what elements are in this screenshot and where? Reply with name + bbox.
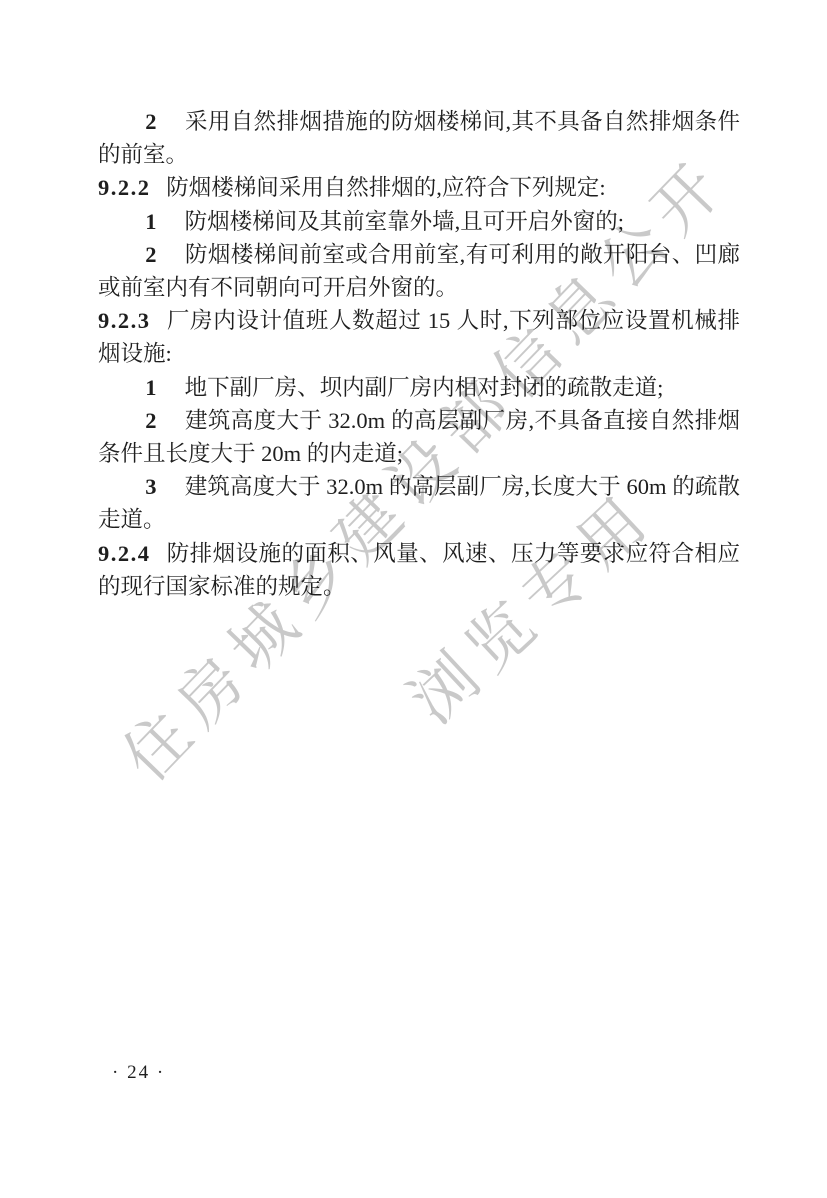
item-number: 1 — [145, 209, 156, 234]
item-number: 2 — [145, 242, 156, 267]
paragraph-text: 建筑高度大于 32.0m 的高层副厂房,不具备直接自然排烟条件且长度大于 20m… — [98, 408, 740, 466]
item-number: 3 — [145, 474, 156, 499]
clause-number: 9.2.2 — [98, 175, 151, 200]
item-number: 1 — [145, 375, 156, 400]
paragraph-text: 防烟楼梯间及其前室靠外墙,且可开启外窗的; — [185, 209, 624, 234]
paragraph-text: 厂房内设计值班人数超过 15 人时,下列部位应设置机械排烟设施: — [98, 308, 740, 366]
page-number: · 24 · — [112, 1062, 165, 1084]
paragraph-text: 采用自然排烟措施的防烟楼梯间,其不具备自然排烟条件的前室。 — [98, 109, 740, 167]
item-number: 2 — [145, 109, 156, 134]
list-item: 3建筑高度大于 32.0m 的高层副厂房,长度大于 60m 的疏散走道。 — [98, 470, 740, 536]
paragraph-text: 防排烟设施的面积、风量、风速、压力等要求应符合相应的现行国家标准的规定。 — [98, 541, 740, 599]
list-item: 1防烟楼梯间及其前室靠外墙,且可开启外窗的; — [98, 205, 740, 238]
item-number: 2 — [145, 408, 156, 433]
clause-paragraph: 9.2.3厂房内设计值班人数超过 15 人时,下列部位应设置机械排烟设施: — [98, 304, 740, 370]
clause-number: 9.2.3 — [98, 308, 151, 333]
paragraph-text: 防烟楼梯间采用自然排烟的,应符合下列规定: — [166, 175, 605, 200]
clause-paragraph: 9.2.2防烟楼梯间采用自然排烟的,应符合下列规定: — [98, 171, 740, 204]
document-body: 2采用自然排烟措施的防烟楼梯间,其不具备自然排烟条件的前室。 9.2.2防烟楼梯… — [98, 105, 740, 603]
list-item: 2建筑高度大于 32.0m 的高层副厂房,不具备直接自然排烟条件且长度大于 20… — [98, 404, 740, 470]
paragraph-text: 防烟楼梯间前室或合用前室,有可利用的敞开阳台、凹廊或前室内有不同朝向可开启外窗的… — [98, 242, 740, 300]
list-item: 2采用自然排烟措施的防烟楼梯间,其不具备自然排烟条件的前室。 — [98, 105, 740, 171]
list-item: 1地下副厂房、坝内副厂房内相对封闭的疏散走道; — [98, 371, 740, 404]
list-item: 2防烟楼梯间前室或合用前室,有可利用的敞开阳台、凹廊或前室内有不同朝向可开启外窗… — [98, 238, 740, 304]
clause-number: 9.2.4 — [98, 541, 151, 566]
paragraph-text: 建筑高度大于 32.0m 的高层副厂房,长度大于 60m 的疏散走道。 — [98, 474, 740, 532]
paragraph-text: 地下副厂房、坝内副厂房内相对封闭的疏散走道; — [185, 375, 664, 400]
clause-paragraph: 9.2.4防排烟设施的面积、风量、风速、压力等要求应符合相应的现行国家标准的规定… — [98, 537, 740, 603]
document-page: 住房城乡建设部信息公开 浏览专用 2采用自然排烟措施的防烟楼梯间,其不具备自然排… — [0, 0, 827, 1198]
